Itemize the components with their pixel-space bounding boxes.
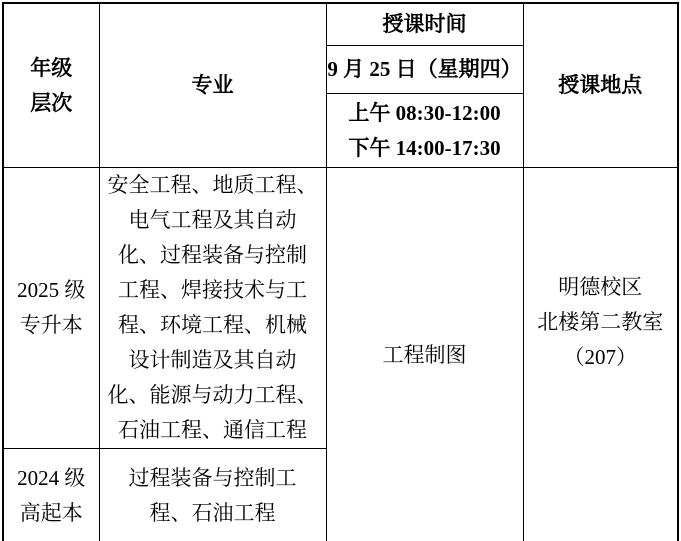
grade-cell-2024: 2024 级高起本 [3, 449, 99, 541]
header-class-time: 授课时间 [326, 3, 523, 46]
location-cell: 明德校区北楼第二教室（207） [523, 168, 678, 541]
grade-cell-2025: 2025 级专升本 [3, 168, 99, 449]
header-class-location: 授课地点 [523, 3, 678, 168]
course-schedule-table: 年级层次 专业 授课时间 授课地点 9 月 25 日（星期四） 上午 08:30… [2, 2, 679, 541]
header-grade-level: 年级层次 [3, 3, 99, 168]
header-date: 9 月 25 日（星期四） [326, 46, 523, 94]
header-major: 专业 [99, 3, 326, 168]
location-text: 明德校区北楼第二教室（207） [537, 270, 663, 375]
header-row-1: 年级层次 专业 授课时间 授课地点 [3, 3, 678, 46]
header-time-slots: 上午 08:30-12:00下午 14:00-17:30 [326, 94, 523, 168]
course-schedule-page: 年级层次 专业 授课时间 授课地点 9 月 25 日（星期四） 上午 08:30… [0, 0, 681, 541]
table-row-2025: 2025 级专升本 安全工程、地质工程、电气工程及其自动化、过程装备与控制工程、… [3, 168, 678, 449]
majors-cell-2024: 过程装备与控制工程、石油工程 [99, 449, 326, 541]
majors-cell-2025: 安全工程、地质工程、电气工程及其自动化、过程装备与控制工程、焊接技术与工程、环境… [99, 168, 326, 449]
course-name-cell: 工程制图 [326, 168, 523, 541]
